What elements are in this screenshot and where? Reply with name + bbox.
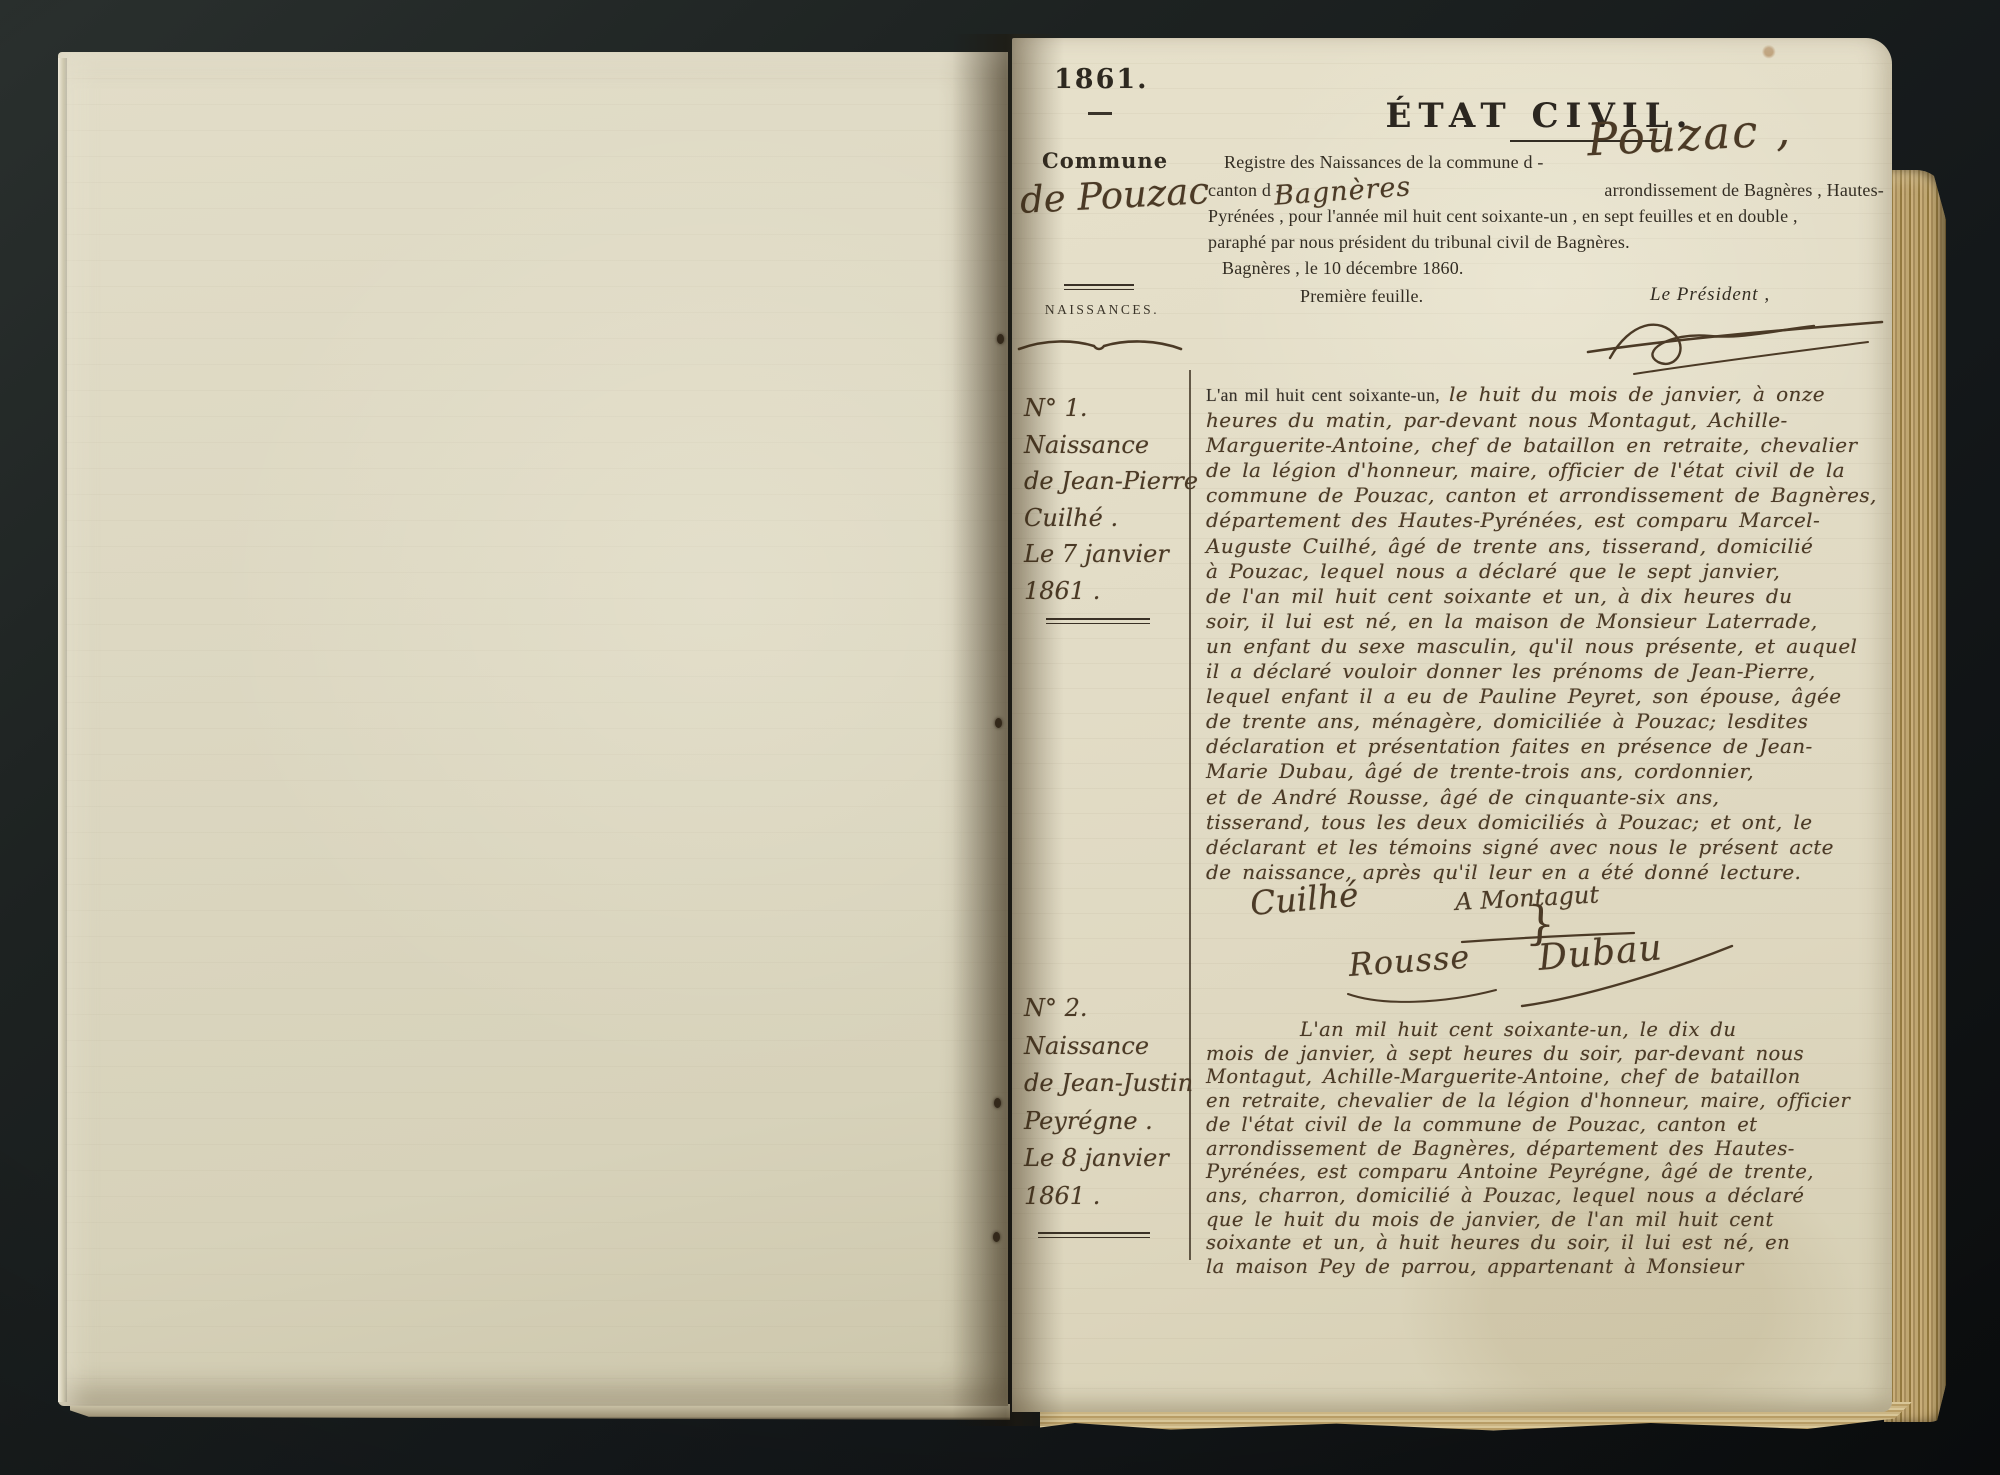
- act-line: en retraite, chevalier de la légion d'ho…: [1206, 1089, 1906, 1113]
- margin-note-line: N° 2.: [1024, 990, 1188, 1028]
- year-divider-dash: [1088, 112, 1112, 115]
- register-date-line: Bagnères , le 10 décembre 1860.: [1208, 258, 1884, 279]
- act-line: déclarant et les témoins signé avec nous…: [1206, 835, 1898, 860]
- witness1-signature-flourish: [1342, 986, 1502, 1008]
- act-line: L'an mil huit cent soixante-un, le dix d…: [1206, 1018, 1906, 1042]
- preamble-line2-right: arrondissement de Bagnères , Hautes-: [1604, 180, 1884, 201]
- act-line: et de André Rousse, âgé de cinquante-six…: [1206, 785, 1898, 810]
- act-line: déclaration et présentation faites en pr…: [1206, 734, 1898, 759]
- act-line: tisserand, tous les deux domiciliés à Po…: [1206, 810, 1898, 835]
- margin-note-line: Naissance: [1024, 427, 1188, 464]
- preamble-line2-left: canton d -: [1208, 180, 1282, 201]
- margin-note-line: Naissance: [1024, 1028, 1188, 1066]
- commune-name-handwritten: de Pouzac: [1019, 169, 1210, 222]
- margin-note-line: N° 1.: [1024, 390, 1188, 427]
- act-line: à Pouzac, lequel nous a déclaré que le s…: [1206, 559, 1898, 584]
- margin-divider-rule: [1189, 370, 1191, 1260]
- act-line: mois de janvier, à sept heures du soir, …: [1206, 1042, 1906, 1066]
- act-line: il a déclaré vouloir donner les prénoms …: [1206, 659, 1898, 684]
- binding-stitch: [993, 1232, 1000, 1242]
- register-preamble-line: paraphé par nous président du tribunal c…: [1208, 232, 1884, 253]
- left-blank-page: [58, 52, 1008, 1406]
- act-line: département des Hautes-Pyrénées, est com…: [1206, 508, 1898, 533]
- act-line: un enfant du sexe masculin, qu'il nous p…: [1206, 634, 1898, 659]
- margin-note-line: 1861 .: [1024, 573, 1188, 610]
- margin-note-line: 1861 .: [1024, 1178, 1188, 1216]
- act-line: de trente ans, ménagère, domiciliée à Po…: [1206, 709, 1898, 734]
- margin-year-label: 1861.: [1054, 64, 1146, 95]
- margin-note-line: Cuilhé .: [1024, 500, 1188, 537]
- act1-printed-opening: L'an mil huit cent soixante-un,: [1206, 385, 1440, 405]
- preamble-line1-printed: Registre des Naissances de la commune d …: [1224, 152, 1544, 172]
- binding-stitch: [997, 334, 1004, 344]
- naissances-section-label: NAISSANCES.: [1022, 302, 1182, 318]
- margin-note-line: de Jean-Pierre: [1024, 463, 1188, 500]
- signature-declarant: Cuilhé: [1249, 875, 1360, 923]
- act2-margin-note: N° 2.Naissancede Jean-JustinPeyrégne .Le…: [1024, 990, 1188, 1215]
- act-line: Auguste Cuilhé, âgé de trente ans, tisse…: [1206, 534, 1898, 559]
- brace-ornament: [1016, 336, 1184, 356]
- act-line: de l'an mil huit cent soixante et un, à …: [1206, 584, 1898, 609]
- commune-name-filled-in: Pouzac ,: [1586, 103, 1793, 167]
- binding-stitch: [994, 1098, 1001, 1108]
- witness2-signature-flourish: [1512, 940, 1737, 1010]
- photographed-register-spread: 1861. Commune de Pouzac NAISSANCES. ÉTAT…: [0, 0, 2000, 1475]
- act-line: arrondissement de Bagnères, département …: [1206, 1137, 1906, 1161]
- act-line: Pyrénées, est comparu Antoine Peyrégne, …: [1206, 1160, 1906, 1184]
- act-line: soixante et un, à huit heures du soir, i…: [1206, 1231, 1906, 1255]
- register-preamble-line: Pyrénées , pour l'année mil huit cent so…: [1208, 206, 1884, 227]
- act-line: commune de Pouzac, canton et arrondissem…: [1206, 483, 1898, 508]
- left-page-bottom-edge: [70, 1404, 1010, 1420]
- margin-note-line: de Jean-Justin: [1024, 1065, 1188, 1103]
- act-line: de la légion d'honneur, maire, officier …: [1206, 458, 1898, 483]
- act-line: ans, charron, domicilié à Pouzac, lequel…: [1206, 1184, 1906, 1208]
- act2-body: L'an mil huit cent soixante-un, le dix d…: [1206, 1018, 1906, 1279]
- act-line: soir, il lui est né, en la maison de Mon…: [1206, 609, 1898, 634]
- act-line: que le huit du mois de janvier, de l'an …: [1206, 1208, 1906, 1232]
- act1-first-line-handwritten: le huit du mois de janvier, à onze: [1449, 382, 1825, 406]
- act1-margin-note: N° 1.Naissancede Jean-PierreCuilhé .Le 7…: [1024, 390, 1188, 610]
- act1-body: L'an mil huit cent soixante-un,le huit d…: [1206, 382, 1898, 885]
- signature-witness1: Rousse: [1347, 938, 1471, 984]
- act-line: la maison Pey de parrou, appartenant à M…: [1206, 1255, 1906, 1279]
- right-register-page: 1861. Commune de Pouzac NAISSANCES. ÉTAT…: [1012, 38, 1892, 1412]
- act-line: L'an mil huit cent soixante-un,le huit d…: [1206, 382, 1898, 408]
- double-rule-ornament: [1038, 1232, 1150, 1238]
- margin-note-line: Peyrégne .: [1024, 1103, 1188, 1141]
- double-rule-ornament: [1046, 618, 1150, 624]
- act-line: Montagut, Achille-Marguerite-Antoine, ch…: [1206, 1065, 1906, 1089]
- first-sheet-label: Première feuille.: [1300, 286, 1423, 307]
- act-line: de l'état civil de la commune de Pouzac,…: [1206, 1113, 1906, 1137]
- act-line: heures du matin, par-devant nous Montagu…: [1206, 408, 1898, 433]
- margin-note-line: Le 7 janvier: [1024, 536, 1188, 573]
- binding-stitch: [995, 718, 1002, 728]
- act-line: Marguerite-Antoine, chef de bataillon en…: [1206, 433, 1898, 458]
- act-line: Marie Dubau, âgé de trente-trois ans, co…: [1206, 759, 1898, 784]
- president-signature: [1582, 296, 1892, 396]
- act-line: lequel enfant il a eu de Pauline Peyret,…: [1206, 684, 1898, 709]
- margin-note-line: Le 8 janvier: [1024, 1140, 1188, 1178]
- commune-label: Commune: [1042, 148, 1162, 173]
- double-rule-ornament: [1064, 284, 1134, 290]
